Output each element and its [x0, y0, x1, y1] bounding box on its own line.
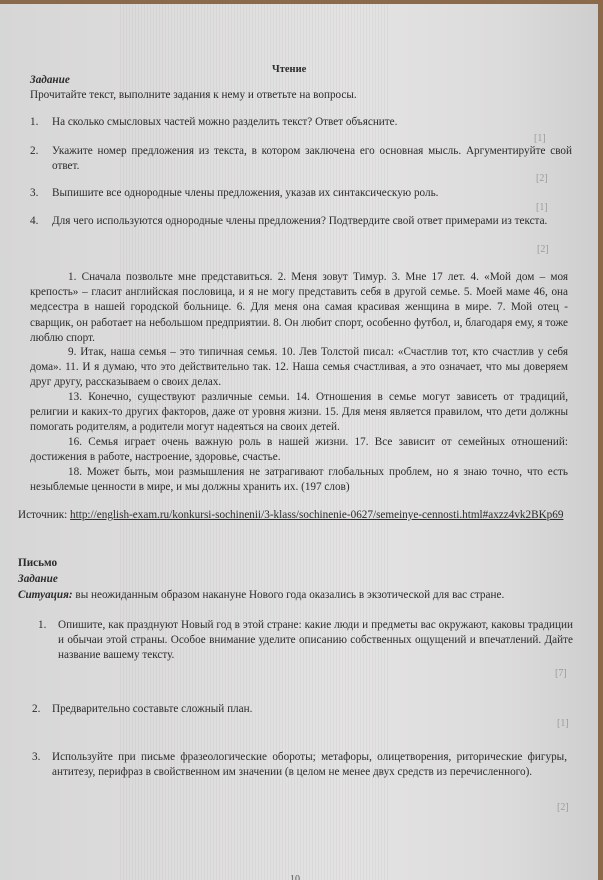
writing-question-1-score: [7] [555, 666, 567, 681]
text-paragraph-3: 13. Конечно, существуют различные семьи.… [30, 390, 568, 436]
question-number: 4. [30, 214, 38, 229]
reading-instruction: Прочитайте текст, выполните задания к не… [30, 88, 570, 103]
reading-task-label: Задание [30, 73, 70, 88]
reading-question-3-score: [1] [536, 200, 548, 215]
situation-text: вы неожиданным образом накануне Нового г… [75, 589, 504, 601]
question-number: 1. [30, 115, 38, 130]
question-number: 3. [30, 186, 38, 201]
question-number: 2. [30, 144, 38, 159]
question-number: 1. [38, 618, 46, 633]
text-paragraph-4: 16. Семья играет очень важную роль в наш… [30, 435, 568, 465]
situation-label: Ситуация: [18, 589, 73, 601]
writing-question-2-score: [1] [557, 716, 569, 731]
text-paragraph-1: 1. Сначала позвольте мне представиться. … [30, 270, 568, 346]
source-label: Источник: [18, 509, 67, 521]
page-number: 10 [290, 872, 300, 880]
reading-question-2-score: [2] [536, 171, 548, 186]
writing-situation: Ситуация: вы неожиданным образом наканун… [18, 588, 578, 603]
question-text: Предварительно составьте сложный план. [52, 702, 567, 717]
writing-question-3-score: [2] [557, 800, 569, 815]
question-text: Выпишите все однородные члены предложени… [52, 186, 572, 201]
question-text: На сколько смысловых частей можно раздел… [52, 115, 572, 130]
question-text: Опишите, как празднуют Новый год в этой … [58, 618, 573, 664]
question-text: Используйте при письме фразеологические … [52, 750, 567, 780]
text-paragraph-5: 18. Может быть, мои размышления не затра… [30, 465, 568, 495]
writing-section-title: Письмо [18, 556, 57, 571]
question-text: Для чего используются однородные члены п… [52, 214, 572, 229]
question-number: 3. [32, 750, 40, 765]
source-line: Источник: http://english-exam.ru/konkurs… [18, 508, 578, 523]
reading-section-title: Чтение [272, 62, 306, 77]
question-number: 2. [32, 702, 40, 717]
reading-question-4-score: [2] [537, 242, 549, 257]
writing-task-label: Задание [18, 572, 58, 587]
question-text: Укажите номер предложения из текста, в к… [52, 144, 572, 174]
source-link[interactable]: http://english-exam.ru/konkursi-sochinen… [70, 509, 563, 521]
document-page: Чтение Задание Прочитайте текст, выполни… [0, 4, 598, 880]
text-paragraph-2: 9. Итак, наша семья – это типичная семья… [30, 345, 568, 391]
